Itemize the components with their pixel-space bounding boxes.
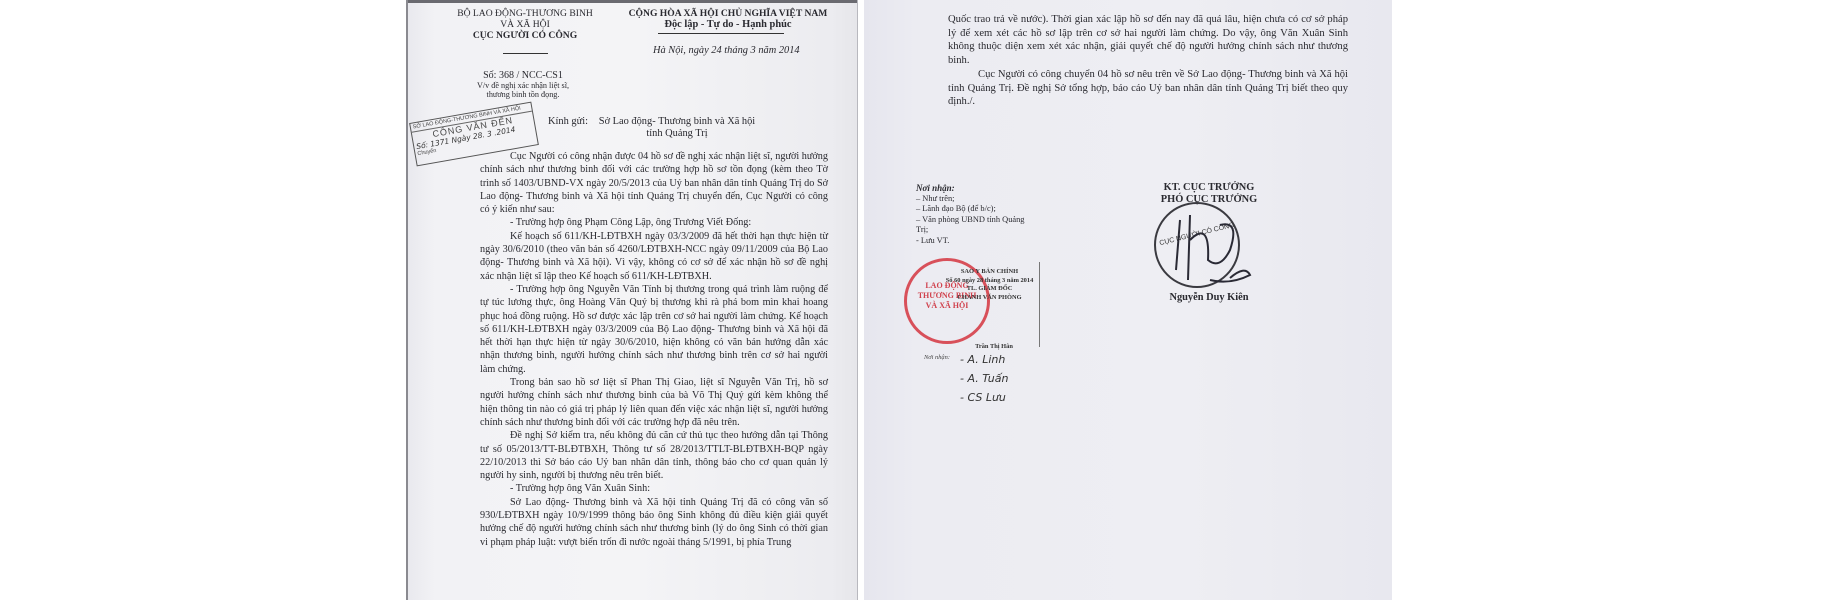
recipient-line-1: Sở Lao động- Thương binh và Xã hội <box>592 116 762 128</box>
copy-stamp-line: TL. GIÁM ĐỐC <box>942 285 1037 294</box>
handwritten-recipient: - CS Lưu <box>960 388 1009 407</box>
copy-stamp: SAO Y BẢN CHÍNH Số 60 ngày 28 tháng 3 nă… <box>942 268 1037 302</box>
recipient-label: Kính gửi: <box>548 116 588 128</box>
national-header: CỘNG HÒA XÃ HỘI CHỦ NGHĨA VIỆT NAM Độc l… <box>608 8 848 31</box>
handwritten-recipients: - A. Linh - A. Tuấn - CS Lưu <box>960 350 1009 407</box>
recipient-item: - Lưu VT. <box>916 236 1036 247</box>
subject-line-2: thương binh tồn đọng. <box>448 90 598 99</box>
document-number-block: Số: 368 / NCC-CS1 V/v đề nghị xác nhận l… <box>448 70 598 99</box>
paragraph: - Trường hợp ông Văn Xuân Sinh: <box>480 482 828 495</box>
subject-line-1: V/v đề nghị xác nhận liệt sĩ, <box>448 81 598 90</box>
signature-scribble-icon <box>1150 200 1260 290</box>
handwritten-recipient: - A. Tuấn <box>960 369 1009 388</box>
copy-stamp-line: SAO Y BẢN CHÍNH <box>942 268 1037 277</box>
copy-stamp-signer: Trần Thị Hân <box>949 343 1039 350</box>
paragraph: Cục Người có công chuyển 04 hồ sơ nêu tr… <box>948 68 1348 109</box>
divider <box>503 53 548 54</box>
recipients-label: Nơi nhận: <box>916 183 1036 194</box>
date-line: Hà Nội, ngày 24 tháng 3 năm 2014 <box>653 45 800 57</box>
paragraph: Quốc trao trả về nước). Thời gian xác lậ… <box>948 13 1348 68</box>
document-page-1: BỘ LAO ĐỘNG-THƯƠNG BINH VÀ XÃ HỘI CỤC NG… <box>406 0 858 600</box>
stamp-border <box>1039 262 1040 347</box>
signer-name: Nguyễn Duy Kiên <box>1144 292 1274 304</box>
document-page-2: Quốc trao trả về nước). Thời gian xác lậ… <box>864 0 1392 600</box>
national-motto: Độc lập - Tự do - Hạnh phúc <box>608 19 848 31</box>
handwritten-recipients-label: Nơi nhận: <box>924 354 950 361</box>
paragraph: Đề nghị Sở kiểm tra, nếu không đủ căn cứ… <box>480 429 828 482</box>
document-body: Quốc trao trả về nước). Thời gian xác lậ… <box>948 13 1348 109</box>
national-title: CỘNG HÒA XÃ HỘI CHỦ NGHĨA VIỆT NAM <box>608 8 848 19</box>
agency-line-2: VÀ XÃ HỘI <box>440 19 610 30</box>
recipient: Sở Lao động- Thương binh và Xã hội tỉnh … <box>592 116 762 140</box>
paragraph: Cục Người có công nhận được 04 hồ sơ đề … <box>480 150 828 216</box>
paragraph: - Trường hợp ông Nguyễn Văn Tính bị thươ… <box>480 283 828 376</box>
signature-title: KT. CỤC TRƯỞNG <box>1144 182 1274 194</box>
recipient-item: – Như trên; <box>916 194 1036 205</box>
paragraph: Sở Lao động- Thương binh và Xã hội tỉnh … <box>480 496 828 549</box>
recipient-item: – Lãnh đạo Bộ (để b/c); <box>916 204 1036 215</box>
copy-stamp-line: CHÁNH VĂN PHÒNG <box>942 294 1037 303</box>
paragraph: Kế hoạch số 611/KH-LĐTBXH ngày 03/3/2009… <box>480 230 828 283</box>
document-number: Số: 368 / NCC-CS1 <box>448 70 598 81</box>
recipient-item: – Văn phòng UBND tỉnh Quảng Trị; <box>916 215 1036 236</box>
paragraph: Trong bản sao hồ sơ liệt sĩ Phan Thị Gia… <box>480 376 828 429</box>
divider <box>658 33 784 34</box>
recipients-block: Nơi nhận: – Như trên; – Lãnh đạo Bộ (để … <box>916 183 1036 247</box>
copy-stamp-line: Số 60 ngày 28 tháng 3 năm 2014 <box>942 277 1037 286</box>
recipient-line-2: tỉnh Quảng Trị <box>592 128 762 140</box>
agency-name: CỤC NGƯỜI CÓ CÔNG <box>440 30 610 41</box>
paragraph: - Trường hợp ông Phạm Công Lập, ông Trươ… <box>480 216 828 229</box>
red-seal-line: VÀ XÃ HỘI <box>907 301 987 311</box>
agency-line-1: BỘ LAO ĐỘNG-THƯƠNG BINH <box>440 8 610 19</box>
handwritten-recipient: - A. Linh <box>960 350 1009 369</box>
document-body: Cục Người có công nhận được 04 hồ sơ đề … <box>480 150 828 549</box>
agency-header: BỘ LAO ĐỘNG-THƯƠNG BINH VÀ XÃ HỘI CỤC NG… <box>440 8 610 41</box>
